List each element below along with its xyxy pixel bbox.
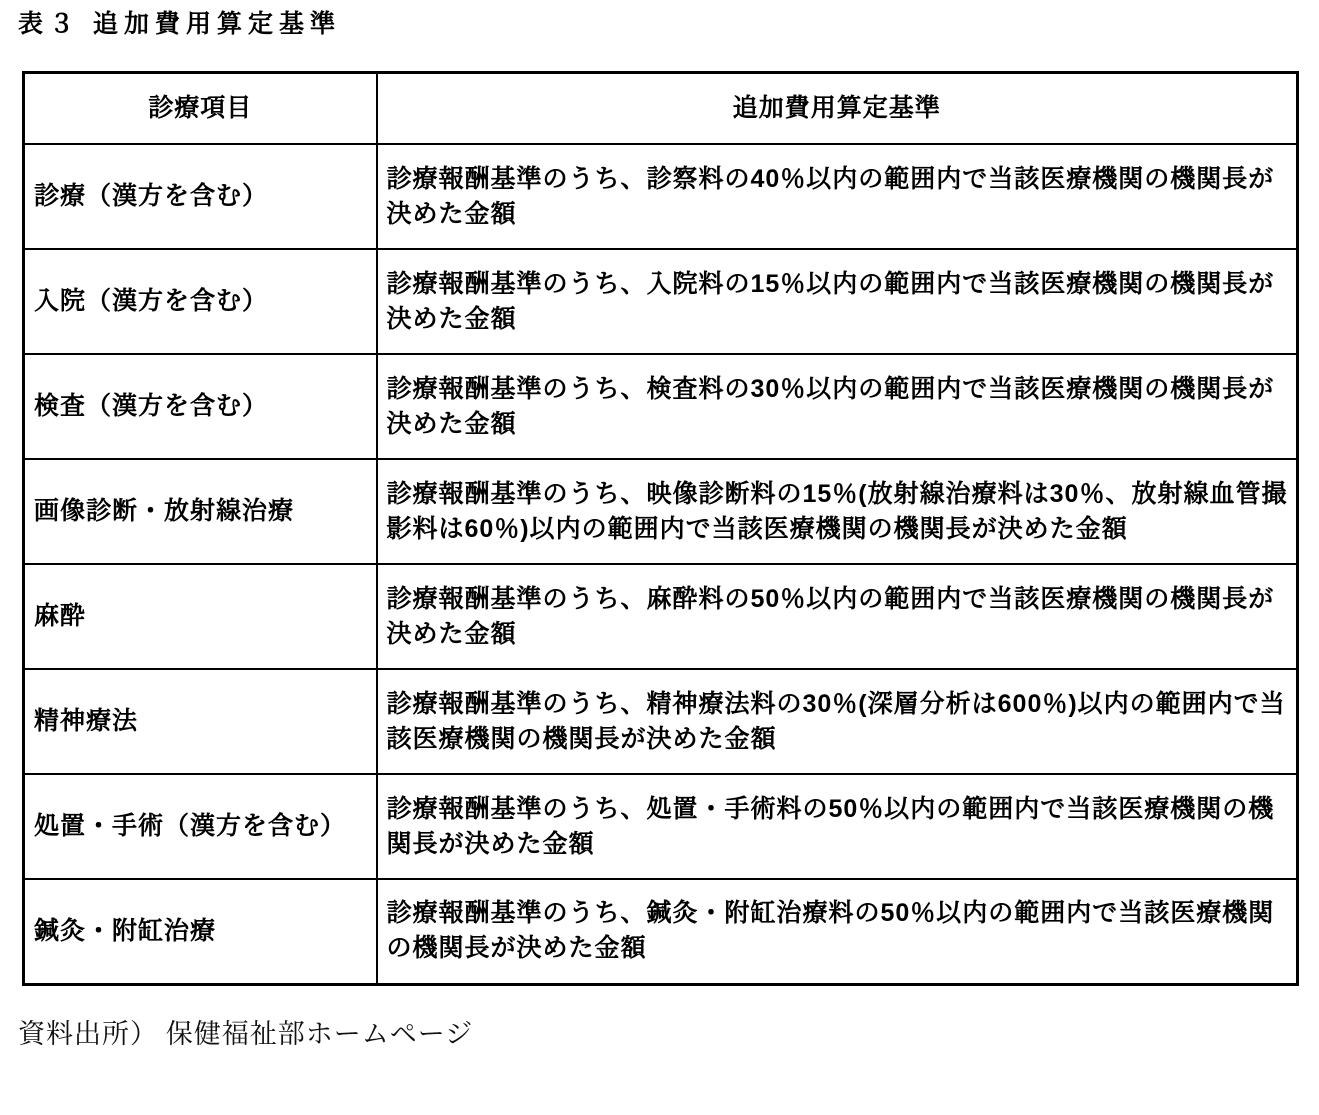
document-page: 表３ 追加費用算定基準 診療項目 追加費用算定基準 診療（漢方を含む） 診療報酬… xyxy=(0,0,1319,1115)
table-row: 画像診断・放射線治療 診療報酬基準のうち、映像診断料の15％(放射線治療料は30… xyxy=(24,459,1298,564)
table-row: 入院（漢方を含む） 診療報酬基準のうち、入院料の15％以内の範囲内で当該医療機関… xyxy=(24,249,1298,354)
table-row: 精神療法 診療報酬基準のうち、精神療法料の30％(深層分析は600％)以内の範囲… xyxy=(24,669,1298,774)
table-title: 表３ 追加費用算定基準 xyxy=(18,8,1301,41)
criteria-cell: 診療報酬基準のうち、検査料の30％以内の範囲内で当該医療機関の機関長が決めた金額 xyxy=(377,354,1298,459)
criteria-cell: 診療報酬基準のうち、麻酔料の50％以内の範囲内で当該医療機関の機関長が決めた金額 xyxy=(377,564,1298,669)
header-row: 診療項目 追加費用算定基準 xyxy=(24,72,1298,144)
table-row: 麻酔 診療報酬基準のうち、麻酔料の50％以内の範囲内で当該医療機関の機関長が決め… xyxy=(24,564,1298,669)
treatment-item-cell: 麻酔 xyxy=(24,564,377,669)
treatment-item-cell: 画像診断・放射線治療 xyxy=(24,459,377,564)
criteria-cell: 診療報酬基準のうち、診察料の40％以内の範囲内で当該医療機関の機関長が決めた金額 xyxy=(377,144,1298,249)
criteria-cell: 診療報酬基準のうち、入院料の15％以内の範囲内で当該医療機関の機関長が決めた金額 xyxy=(377,249,1298,354)
criteria-cell: 診療報酬基準のうち、映像診断料の15％(放射線治療料は30％、放射線血管撮影料は… xyxy=(377,459,1298,564)
table-row: 処置・手術（漢方を含む） 診療報酬基準のうち、処置・手術料の50％以内の範囲内で… xyxy=(24,774,1298,879)
table-row: 鍼灸・附缸治療 診療報酬基準のうち、鍼灸・附缸治療料の50％以内の範囲内で当該医… xyxy=(24,879,1298,984)
column-header-criteria: 追加費用算定基準 xyxy=(377,72,1298,144)
treatment-item-cell: 処置・手術（漢方を含む） xyxy=(24,774,377,879)
treatment-item-cell: 検査（漢方を含む） xyxy=(24,354,377,459)
source-note: 資料出所） 保健福祉部ホームページ xyxy=(18,1012,1301,1051)
treatment-item-cell: 入院（漢方を含む） xyxy=(24,249,377,354)
criteria-cell: 診療報酬基準のうち、処置・手術料の50％以内の範囲内で当該医療機関の機関長が決め… xyxy=(377,774,1298,879)
table-row: 検査（漢方を含む） 診療報酬基準のうち、検査料の30％以内の範囲内で当該医療機関… xyxy=(24,354,1298,459)
criteria-cell: 診療報酬基準のうち、精神療法料の30％(深層分析は600％)以内の範囲内で当該医… xyxy=(377,669,1298,774)
additional-cost-criteria-table: 診療項目 追加費用算定基準 診療（漢方を含む） 診療報酬基準のうち、診察料の40… xyxy=(22,71,1299,986)
column-header-treatment-item: 診療項目 xyxy=(24,72,377,144)
table-row: 診療（漢方を含む） 診療報酬基準のうち、診察料の40％以内の範囲内で当該医療機関… xyxy=(24,144,1298,249)
treatment-item-cell: 精神療法 xyxy=(24,669,377,774)
criteria-cell: 診療報酬基準のうち、鍼灸・附缸治療料の50％以内の範囲内で当該医療機関の機関長が… xyxy=(377,879,1298,984)
treatment-item-cell: 診療（漢方を含む） xyxy=(24,144,377,249)
treatment-item-cell: 鍼灸・附缸治療 xyxy=(24,879,377,984)
